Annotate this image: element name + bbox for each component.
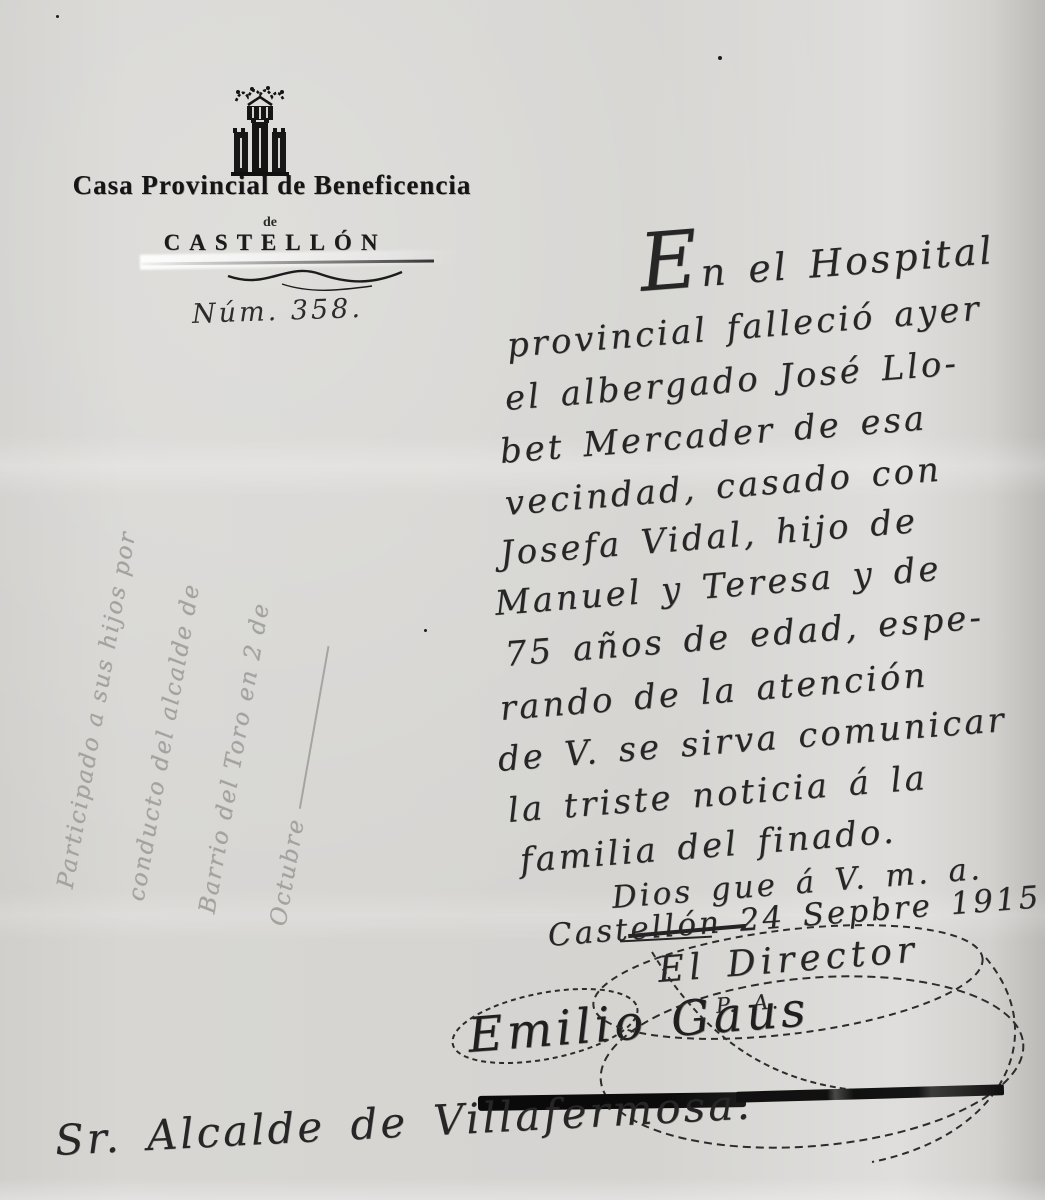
margin-annotation-underline: [299, 646, 330, 809]
margin-annotation-text: Octubre: [265, 816, 310, 928]
letterhead-flourish: [220, 264, 410, 298]
ink-speck: [424, 629, 427, 632]
scanned-letter-page: Casa Provincial de Beneficencia de CASTE…: [0, 0, 1045, 1200]
letter-body-line: En el Hospital: [637, 208, 996, 300]
paper-edge-shading: [990, 0, 1045, 1200]
document-number: Núm. 358.: [192, 293, 364, 330]
addressee-line: Sr. Alcalde de Villafermosa.: [54, 1079, 754, 1164]
org-name-text: Casa Provincial de Beneficencia: [52, 170, 492, 201]
margin-annotation: Participado a sus hijos por conducto del…: [30, 390, 400, 932]
ink-blot-bar: [736, 1084, 1004, 1102]
paper-edge-shading: [0, 1178, 1045, 1200]
director-signature: Emilio Gaus: [466, 981, 812, 1064]
beneficencia-crest-icon: [222, 84, 298, 184]
ink-speck: [56, 15, 59, 18]
ink-speck: [718, 56, 722, 60]
org-de-text: de: [250, 215, 290, 231]
